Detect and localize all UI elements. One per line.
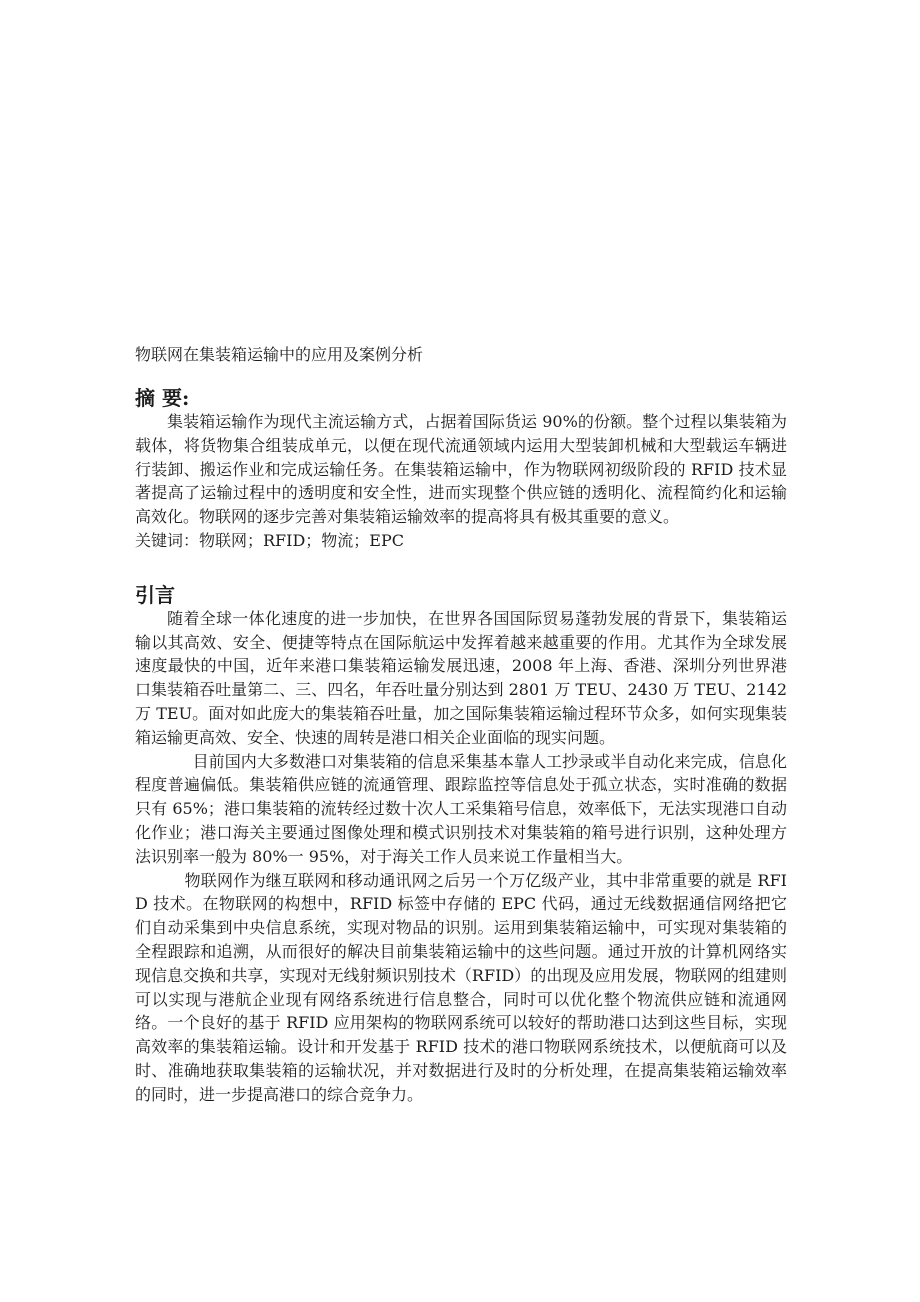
document-title: 物联网在集装箱运输中的应用及案例分析 bbox=[135, 345, 787, 364]
intro-paragraph-1: 随着全球一体化速度的进一步加快，在世界各国国际贸易蓬勃发展的背景下，集装箱运输以… bbox=[135, 607, 787, 750]
abstract-paragraph: 集装箱运输作为现代主流运输方式，占据着国际货运 90%的份额。整个过程以集装箱为… bbox=[135, 410, 787, 529]
document-page: 物联网在集装箱运输中的应用及案例分析 摘 要: 集装箱运输作为现代主流运输方式，… bbox=[0, 0, 920, 1302]
document-content: 物联网在集装箱运输中的应用及案例分析 摘 要: 集装箱运输作为现代主流运输方式，… bbox=[135, 345, 787, 1107]
keywords-line: 关键词：物联网；RFID；物流；EPC bbox=[135, 529, 787, 553]
intro-paragraph-3: 物联网作为继互联网和移动通讯网之后另一个万亿级产业，其中非常重要的就是 RFID… bbox=[135, 869, 787, 1107]
abstract-heading: 摘 要: bbox=[135, 386, 787, 410]
intro-paragraph-2: 目前国内大多数港口对集装箱的信息采集基本靠人工抄录或半自动化来完成，信息化程度普… bbox=[135, 750, 787, 869]
introduction-heading: 引言 bbox=[135, 583, 787, 607]
